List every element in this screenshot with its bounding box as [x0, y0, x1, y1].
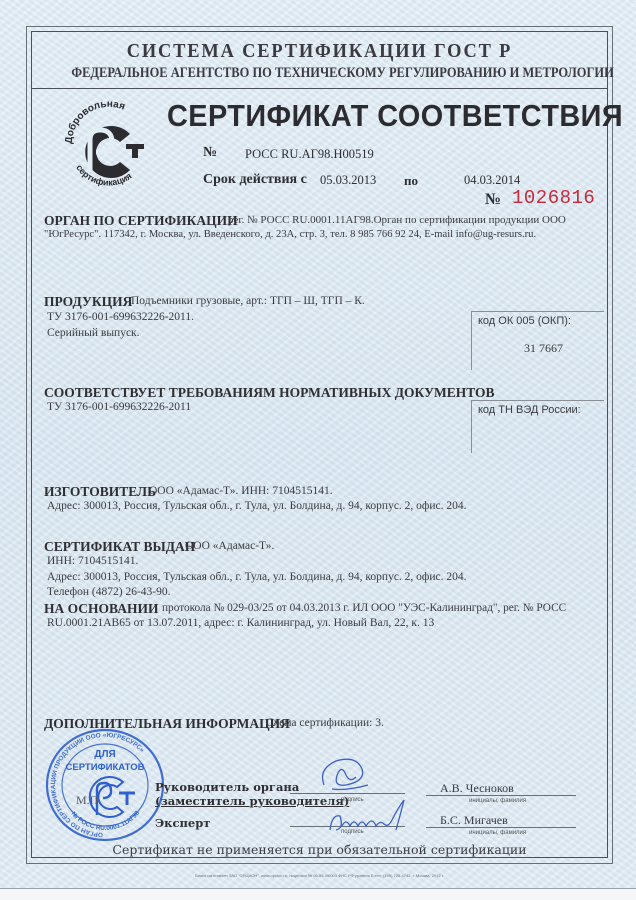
head-signature: [316, 755, 376, 795]
manufacturer-heading: ИЗГОТОВИТЕЛЬ: [44, 484, 156, 500]
certificate-title: СЕРТИФИКАТ СООТВЕТСТВИЯ: [167, 98, 623, 134]
cert-body-heading: ОРГАН ПО СЕРТИФИКАЦИИ: [44, 213, 238, 229]
svg-text:ДЛЯ: ДЛЯ: [94, 749, 115, 760]
paper-edge: [0, 888, 636, 900]
cert-body-line2: "ЮгРесурс". 117342, г. Москва, ул. Введе…: [44, 229, 536, 240]
expert-name: Б.С. Мигачев: [440, 813, 508, 828]
compliance-heading: СООТВЕТСТВУЕТ ТРЕБОВАНИЯМ НОРМАТИВНЫХ ДО…: [44, 385, 495, 401]
tnved-code-box: код ТН ВЭД России:: [471, 400, 604, 453]
official-seal-stamp-icon: ОРГАН ПО СЕРТИФИКАЦИИ ПРОДУКЦИИ ООО «ЮГР…: [43, 727, 167, 845]
head-signatory-label: Руководитель органа: [155, 780, 299, 794]
manufacturer-line1: ООО «Адамас-Т». ИНН: 7104515141.: [149, 485, 333, 497]
product-line2: ТУ 3176-001-699632226-2011.: [47, 311, 194, 323]
serial-label: №: [485, 191, 501, 209]
expert-signature: [326, 798, 416, 838]
expert-label: Эксперт: [155, 816, 210, 830]
issued-to-address: Адрес: 300013, Россия, Тульская обл., г.…: [47, 571, 467, 583]
issued-to-heading: СЕРТИФИКАТ ВЫДАН: [44, 539, 195, 555]
system-title: СИСТЕМА СЕРТИФИКАЦИИ ГОСТ Р: [54, 40, 585, 63]
head-signatory-sublabel: (заместитель руководителя): [155, 794, 349, 808]
certificate-number: РОСС RU.АГ98.Н00519: [245, 147, 374, 162]
rst-logo: Добровольная сертификация: [58, 100, 158, 192]
additional-text: Схема сертификации: 3.: [266, 717, 384, 729]
manufacturer-address: Адрес: 300013, Россия, Тульская обл., г.…: [47, 500, 467, 512]
okp-label: код ОК 005 (ОКП):: [478, 315, 571, 327]
signature-scribble-icon: [316, 755, 376, 795]
official-stamp: ОРГАН ПО СЕРТИФИКАЦИИ ПРОДУКЦИИ ООО «ЮГР…: [43, 727, 167, 845]
form-microprint: Бланк изготовлен ЗАО "ОПЦИОН", www.opcio…: [31, 873, 608, 878]
serial-number: 1026816: [512, 187, 595, 209]
cert-body-line1: рег. № РОСС RU.0001.11АГ98.Орган по серт…: [228, 214, 566, 226]
product-line1: Подъемники грузовые, арт.: ТГП – Ш, ТГП …: [131, 295, 365, 307]
valid-to: 04.03.2014: [464, 173, 520, 188]
header-divider: [31, 88, 608, 89]
okp-value: 31 7667: [524, 341, 563, 356]
issued-to-company: ООО «Адамас-Т».: [185, 540, 274, 552]
issued-to-inn: ИНН: 7104515141.: [47, 555, 138, 567]
head-name-caption: инициалы, фамилия: [469, 798, 526, 804]
expert-name-caption: инициалы, фамилия: [469, 830, 526, 836]
valid-from: 05.03.2013: [320, 173, 376, 188]
issued-to-phone: Телефон (4872) 26-43-90.: [47, 586, 170, 598]
product-heading: ПРОДУКЦИЯ: [44, 294, 132, 310]
tnved-label: код ТН ВЭД России:: [478, 404, 581, 416]
expert-name-line: [426, 827, 576, 828]
svg-text:СЕРТИФИКАТОВ: СЕРТИФИКАТОВ: [66, 762, 145, 773]
basis-heading: НА ОСНОВАНИИ: [44, 601, 158, 617]
product-line3: Серийный выпуск.: [47, 327, 140, 339]
signature-scribble-icon: [326, 798, 416, 838]
validity-label: Срок действия с: [203, 172, 307, 188]
stamp-place-label: М.П.: [76, 793, 101, 808]
head-name-line: [426, 795, 576, 796]
valid-to-label: по: [404, 173, 418, 189]
head-signatory-name: А.В. Чесноков: [440, 781, 514, 796]
compliance-document: ТУ 3176-001-699632226-2011: [47, 401, 191, 413]
okp-code-box: код ОК 005 (ОКП): 31 7667: [471, 311, 604, 370]
basis-line2: RU.0001.21АВ65 от 13.07.2011, адрес: г. …: [47, 617, 434, 629]
rst-voluntary-certification-icon: Добровольная сертификация: [58, 100, 158, 192]
agency-name: ФЕДЕРАЛЬНОЕ АГЕНТСТВО ПО ТЕХНИЧЕСКОМУ РЕ…: [71, 65, 567, 82]
number-label: №: [203, 145, 217, 161]
footer-notice: Сертификат не применяется при обязательн…: [31, 842, 608, 857]
basis-line1: протокола № 029-03/25 от 04.03.2013 г. И…: [162, 602, 566, 614]
